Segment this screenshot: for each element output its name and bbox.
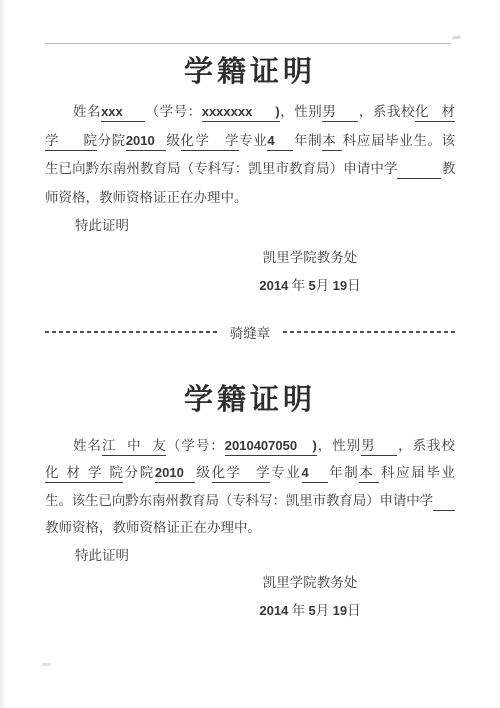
filled-blank: 本: [359, 463, 379, 483]
text-segment: 年制: [293, 133, 322, 148]
text-segment: 师资格，教师资格证正在办理中。: [45, 190, 248, 205]
text-segment: 5: [309, 603, 316, 618]
text-segment: 级: [195, 465, 212, 480]
certificate-title: 学籍证明: [45, 382, 455, 418]
certificate-title: 学籍证明: [45, 54, 455, 90]
seam-seal-label: 骑缝章: [230, 322, 271, 342]
text-segment: 月: [316, 278, 333, 293]
text-segment: ，系我校: [358, 104, 415, 119]
text-segment: 年制: [328, 465, 360, 480]
paragraph-line: 生。该生已向黔东南州教育局（专科写：凯里市教育局）申请中学: [45, 487, 455, 515]
text-segment: 月: [316, 603, 333, 618]
paragraph-line: 姓名江中友（学号：2010407050 )，性别男，系我校: [45, 432, 455, 460]
date-line: 2014 年 5月 19日: [175, 597, 445, 625]
paragraph-line: 学院分院2010级化学 学专业4年制本科应届毕业生。该: [45, 127, 455, 156]
text-segment: 5: [309, 278, 316, 293]
text-segment: 2014: [259, 603, 288, 618]
certificate-1: 学籍证明 姓名xxx（学号：xxxxxxx )，性别男，系我校化材 学院分院20…: [45, 54, 455, 301]
filled-blank: 本: [322, 131, 342, 151]
filled-blank: 2010: [155, 463, 195, 483]
dash-line-right: [283, 331, 455, 333]
paragraph-line: 生已向黔东南州教育局（专科写：凯里市教育局）申请中学 教: [45, 155, 455, 184]
filled-blank: 2010407050 ): [225, 436, 317, 456]
certificate-body: 姓名江中友（学号：2010407050 )，性别男，系我校 化材学院分院2010…: [45, 432, 455, 542]
text-segment: 科应届毕业: [379, 465, 455, 480]
text-segment: 年: [288, 603, 308, 618]
filled-blank: 化学 学: [212, 463, 270, 483]
text-segment: 专业: [239, 133, 268, 148]
signature-block: 凯里学院教务处 2014 年 5月 19日: [175, 569, 445, 624]
dash-line-left: [45, 331, 217, 333]
text-segment: 19: [333, 603, 347, 618]
text-segment: 级: [166, 133, 181, 148]
filled-blank: 江中友: [102, 436, 166, 456]
text-segment: 专业: [270, 465, 302, 480]
filled-blank: 学院: [45, 131, 97, 151]
text-segment: 该: [442, 133, 455, 148]
closing-line: 特此证明: [45, 542, 455, 570]
signature-block: 凯里学院教务处 2014 年 5月 19日: [175, 244, 445, 301]
scanned-page: 学籍证明 姓名xxx（学号：xxxxxxx )，性别男，系我校化材 学院分院20…: [0, 0, 500, 708]
text-segment: 分院: [97, 133, 126, 148]
filled-blank: 男: [361, 436, 397, 456]
text-segment: ，系我校: [397, 438, 455, 453]
text-segment: 生已向黔东南州教育局（专科写：凯里市教育局）申请中学: [45, 161, 397, 176]
filled-blank: xxxxxxx ): [202, 102, 280, 122]
paragraph-line: 姓名xxx（学号：xxxxxxx )，性别男，系我校化材: [45, 98, 455, 127]
text-segment: 姓名: [73, 438, 102, 453]
text-segment: （学号：: [145, 104, 202, 119]
filled-blank: 化学 学: [181, 131, 239, 151]
text-segment: 分院: [123, 465, 155, 480]
text-segment: 19: [333, 278, 347, 293]
text-segment: ，性别: [317, 438, 361, 453]
certificate-2: 学籍证明 姓名江中友（学号：2010407050 )，性别男，系我校 化材学院分…: [45, 382, 455, 625]
text-segment: 科应届毕业生。: [342, 133, 441, 148]
text-segment: ，性别: [280, 104, 323, 119]
text-segment: 年: [288, 278, 308, 293]
date-line: 2014 年 5月 19日: [175, 272, 445, 301]
filled-blank: 化材: [415, 102, 455, 122]
seam-seal-divider: 骑缝章: [45, 324, 455, 340]
paragraph-line: 师资格，教师资格证正在办理中。: [45, 184, 455, 213]
text-segment: 日: [347, 278, 361, 293]
scan-artifact-bottom-left: [42, 663, 51, 666]
closing-line: 特此证明: [45, 212, 455, 241]
text-segment: （学号：: [166, 438, 225, 453]
issuer-line: 凯里学院教务处: [175, 244, 445, 273]
filled-blank: [433, 491, 455, 511]
paragraph-line: 化材学院分院2010级化学 学专业4年制本科应届毕业: [45, 459, 455, 487]
certificate-body: 姓名xxx（学号：xxxxxxx )，性别男，系我校化材 学院分院2010级化学…: [45, 98, 455, 212]
paragraph-line: 教师资格，教师资格证正在办理中。: [45, 514, 455, 542]
filled-blank: 男: [322, 102, 358, 122]
page-edge-shadow: [0, 0, 7, 708]
text-segment: 2014: [259, 278, 288, 293]
text-segment: 日: [347, 603, 361, 618]
filled-blank: 4: [302, 463, 328, 483]
filled-blank: 4: [267, 131, 293, 151]
filled-blank: 2010: [126, 131, 166, 151]
text-segment: 教: [441, 161, 455, 176]
text-segment: 姓名: [73, 104, 101, 119]
text-segment: 生。该生已向黔东南州教育局（专科写：凯里市教育局）申请中学: [45, 493, 433, 508]
text-segment: 教师资格，教师资格证正在办理中。: [45, 520, 261, 535]
filled-blank: [397, 159, 441, 179]
content-area: 学籍证明 姓名xxx（学号：xxxxxxx )，性别男，系我校化材 学院分院20…: [45, 0, 455, 624]
filled-blank: 化材学院: [45, 463, 123, 483]
issuer-line: 凯里学院教务处: [175, 569, 445, 597]
filled-blank: xxx: [101, 102, 145, 122]
